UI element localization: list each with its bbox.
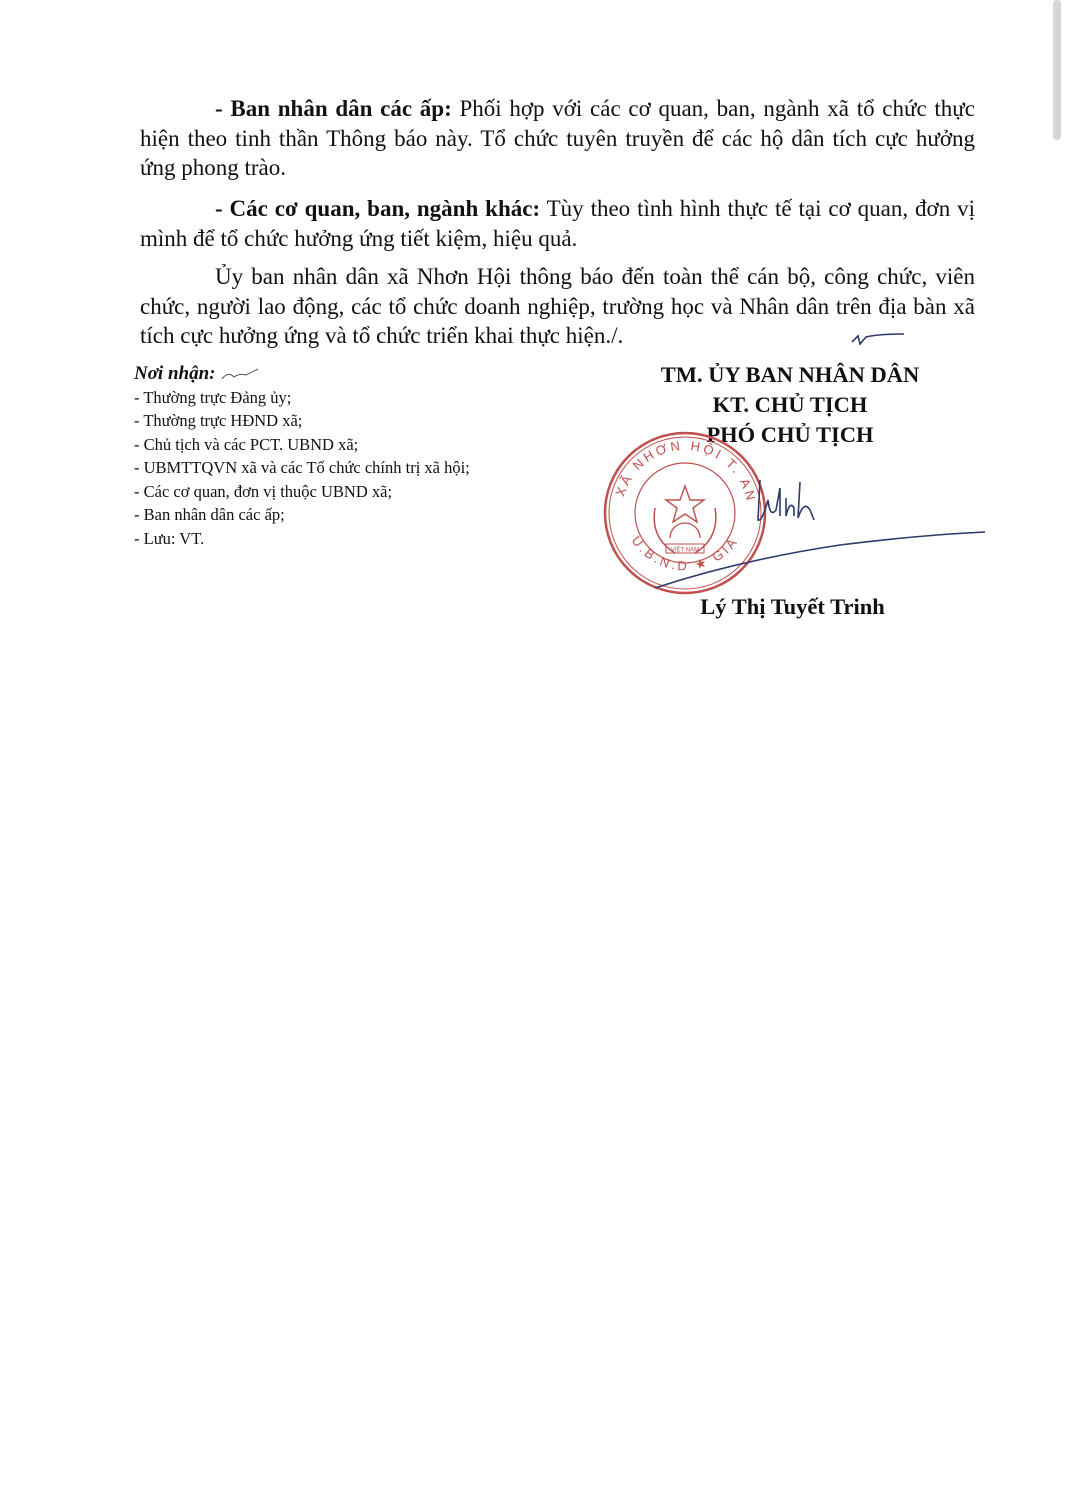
scrollbar[interactable] bbox=[1053, 0, 1061, 140]
recipient-item: - UBMTTQVN xã và các Tổ chức chính trị x… bbox=[134, 456, 594, 480]
paragraph-hamlets: - Ban nhân dân các ấp: Phối hợp với các … bbox=[140, 94, 975, 183]
recipients-list: Nơi nhận: - Thường trực Đảng ủy; - Thườn… bbox=[134, 362, 594, 550]
paragraph-other-agencies-heading: - Các cơ quan, ban, ngành khác: bbox=[215, 196, 540, 221]
signature-line-1: TM. ỦY BAN NHÂN DÂN bbox=[620, 360, 960, 390]
initial-mark-icon bbox=[848, 328, 908, 348]
paragraph-other-agencies: - Các cơ quan, ban, ngành khác: Tùy theo… bbox=[140, 194, 975, 253]
recipient-item: - Lưu: VT. bbox=[134, 527, 594, 551]
initial-mark-icon bbox=[220, 367, 260, 383]
recipient-item: - Thường trực HĐND xã; bbox=[134, 409, 594, 433]
recipient-item: - Các cơ quan, đơn vị thuộc UBND xã; bbox=[134, 480, 594, 504]
paragraph-hamlets-heading: - Ban nhân dân các ấp: bbox=[215, 96, 452, 121]
signer-name: Lý Thị Tuyết Trinh bbox=[640, 594, 945, 620]
handwritten-signature-icon bbox=[600, 460, 990, 590]
recipients-title: Nơi nhận: bbox=[134, 363, 215, 384]
recipient-item: - Chủ tịch và các PCT. UBND xã; bbox=[134, 433, 594, 457]
document-page: - Ban nhân dân các ấp: Phối hợp với các … bbox=[0, 0, 1078, 1505]
recipient-item: - Thường trực Đảng ủy; bbox=[134, 386, 594, 410]
recipient-item: - Ban nhân dân các ấp; bbox=[134, 503, 594, 527]
signature-line-2: KT. CHỦ TỊCH bbox=[620, 390, 960, 420]
